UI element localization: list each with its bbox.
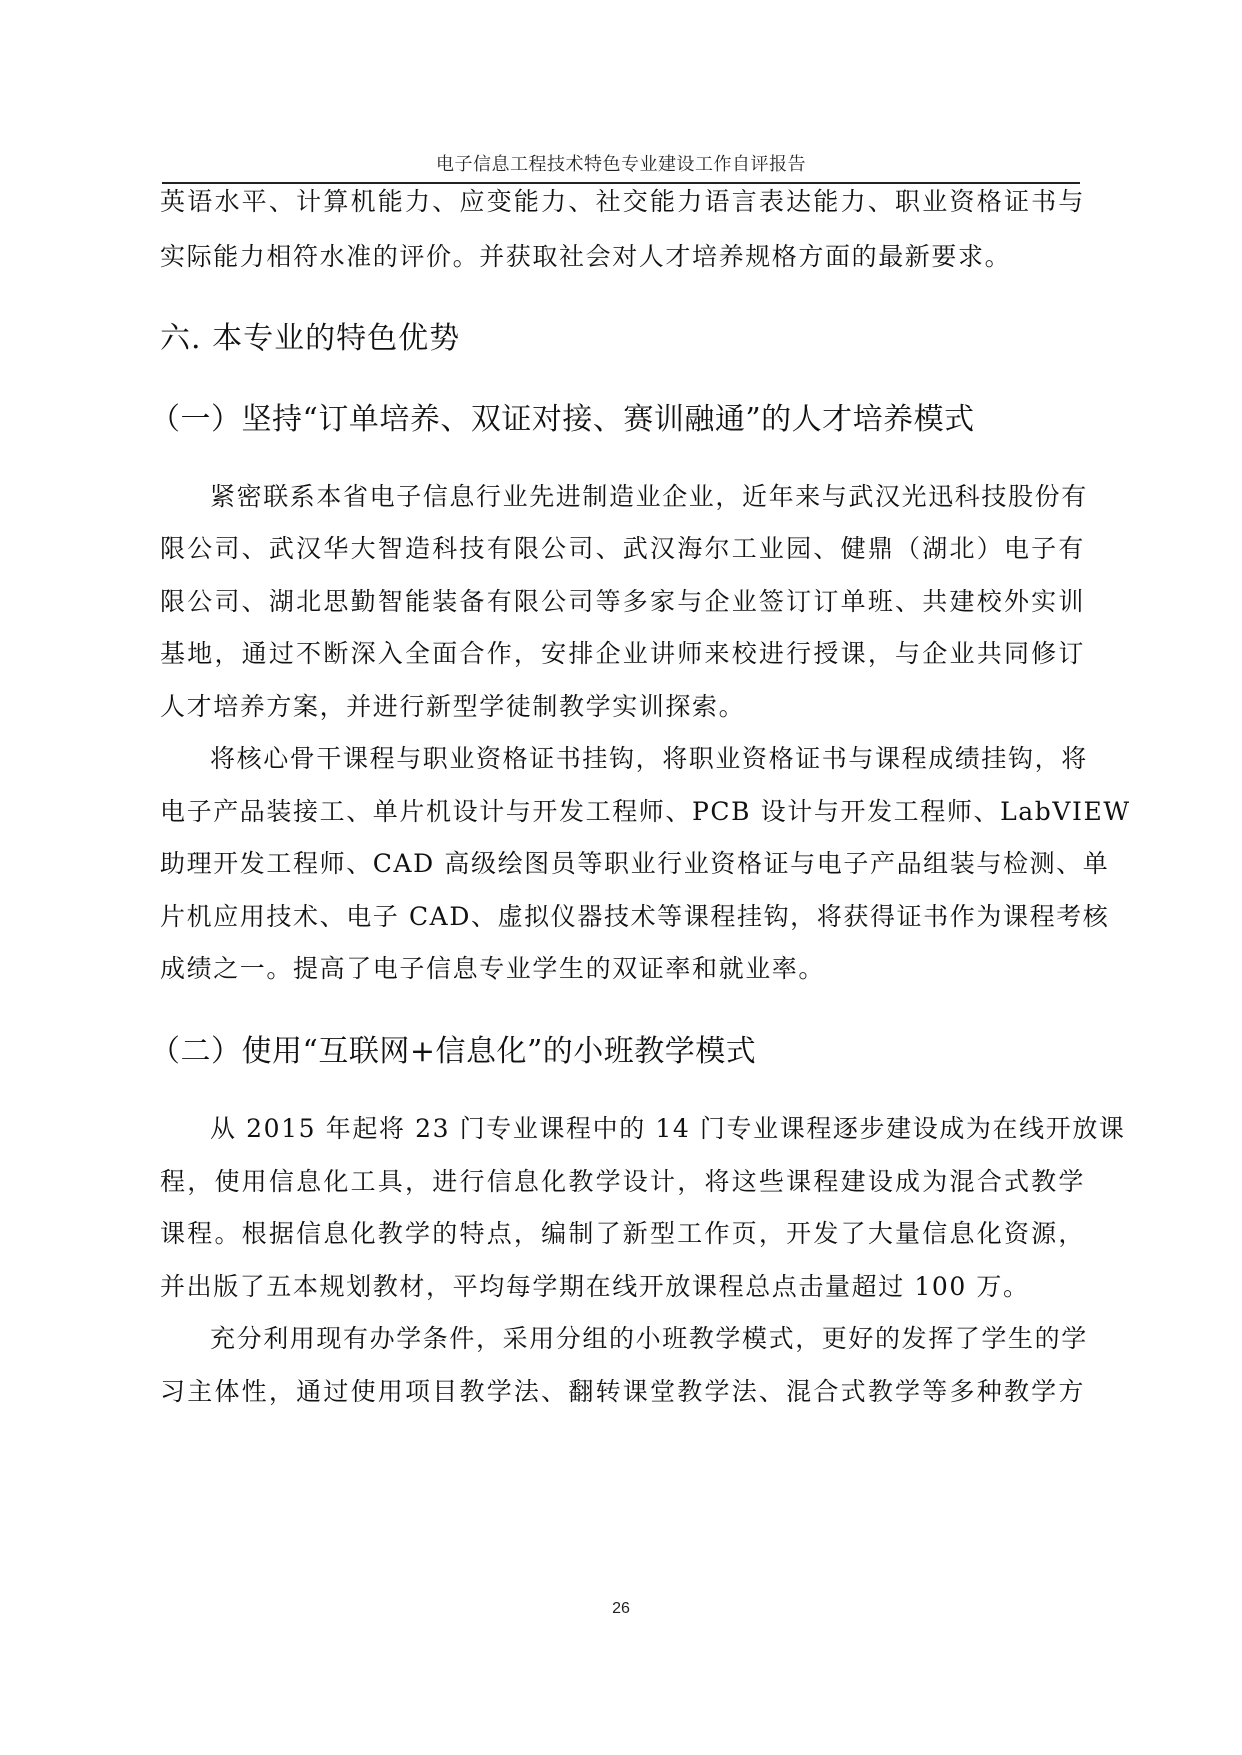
document-page: 电子信息工程技术特色专业建设工作自评报告 英语水平、计算机能力、应变能力、社交能… <box>0 0 1242 1755</box>
body-line: 紧密联系本省电子信息行业先进制造业企业，近年来与武汉光迅科技股份有 <box>160 480 1085 514</box>
page-number: 26 <box>0 1600 1242 1618</box>
body-line: 将核心骨干课程与职业资格证书挂钩，将职业资格证书与课程成绩挂钩，将 <box>160 742 1085 776</box>
body-line: 并出版了五本规划教材，平均每学期在线开放课程总点击量超过 100 万。 <box>160 1270 1085 1304</box>
body-line: 从 2015 年起将 23 门专业课程中的 14 门专业课程逐步建设成为在线开放… <box>160 1112 1085 1146</box>
body-line: 实际能力相符水准的评价。并获取社会对人才培养规格方面的最新要求。 <box>160 240 1085 274</box>
header-divider <box>162 182 1080 184</box>
body-line: 成绩之一。提高了电子信息专业学生的双证率和就业率。 <box>160 952 1085 986</box>
body-line: 助理开发工程师、CAD 高级绘图员等职业行业资格证与电子产品组装与检测、单 <box>160 847 1085 881</box>
body-line: 限公司、武汉华大智造科技有限公司、武汉海尔工业园、健鼎（湖北）电子有 <box>160 532 1085 566</box>
subsection-heading-1: （一）坚持“订单培养、双证对接、赛训融通”的人才培养模式 <box>150 403 1075 437</box>
body-line: 充分利用现有办学条件，采用分组的小班教学模式，更好的发挥了学生的学 <box>160 1322 1085 1356</box>
body-line: 片机应用技术、电子 CAD、虚拟仪器技术等课程挂钩，将获得证书作为课程考核 <box>160 900 1085 934</box>
body-line: 程，使用信息化工具，进行信息化教学设计，将这些课程建设成为混合式教学 <box>160 1165 1085 1199</box>
running-header: 电子信息工程技术特色专业建设工作自评报告 <box>162 150 1080 176</box>
body-line: 课程。根据信息化教学的特点，编制了新型工作页，开发了大量信息化资源， <box>160 1217 1085 1251</box>
body-line: 电子产品装接工、单片机设计与开发工程师、PCB 设计与开发工程师、LabVIEW <box>160 795 1085 829</box>
body-line: 英语水平、计算机能力、应变能力、社交能力语言表达能力、职业资格证书与 <box>160 185 1085 219</box>
body-line: 基地，通过不断深入全面合作，安排企业讲师来校进行授课，与企业共同修订 <box>160 637 1085 671</box>
section-heading: 六. 本专业的特色优势 <box>160 322 1085 356</box>
body-line: 人才培养方案，并进行新型学徒制教学实训探索。 <box>160 690 1085 724</box>
subsection-heading-2: （二）使用“互联网+信息化”的小班教学模式 <box>150 1035 1075 1069</box>
body-line: 限公司、湖北思勤智能装备有限公司等多家与企业签订订单班、共建校外实训 <box>160 585 1085 619</box>
body-line: 习主体性，通过使用项目教学法、翻转课堂教学法、混合式教学等多种教学方 <box>160 1375 1085 1409</box>
